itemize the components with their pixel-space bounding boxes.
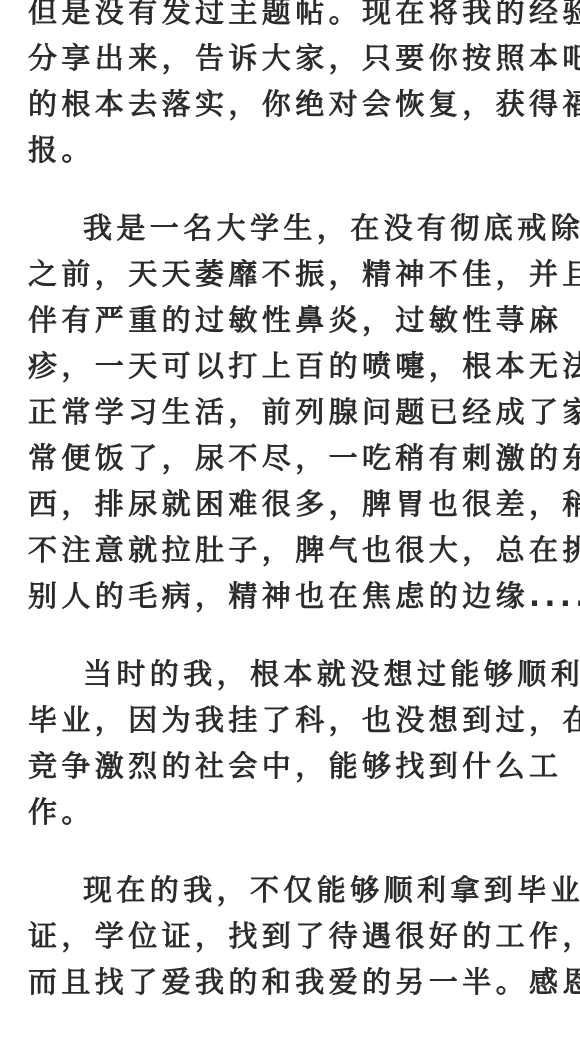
- text-line: 证，学位证，找到了待遇很好的工作，: [28, 913, 558, 959]
- text-line: 的根本去落实，你绝对会恢复，获得福: [28, 81, 558, 127]
- text-line: 伴有严重的过敏性鼻炎，过敏性荨麻: [28, 297, 558, 343]
- text-line: 之前，天天萎靡不振，精神不佳，并且: [28, 251, 558, 297]
- paragraph-3: 当时的我，根本就没想过能够顺利 毕业，因为我挂了科，也没想到过，在 竞争激烈的社…: [28, 651, 558, 835]
- text-line: 常便饭了，尿不尽，一吃稍有刺激的东: [28, 435, 558, 481]
- text-line: 我是一名大学生，在没有彻底戒除: [28, 205, 558, 251]
- paragraph-4: 现在的我，不仅能够顺利拿到毕业 证，学位证，找到了待遇很好的工作， 而且找了爱我…: [28, 867, 558, 1005]
- text-line: 作。: [28, 789, 558, 835]
- paragraph-2: 我是一名大学生，在没有彻底戒除 之前，天天萎靡不振，精神不佳，并且 伴有严重的过…: [28, 205, 558, 619]
- text-line: 现在的我，不仅能够顺利拿到毕业: [28, 867, 558, 913]
- text-line: 正常学习生活，前列腺问题已经成了家: [28, 389, 558, 435]
- text-line: 别人的毛病，精神也在焦虑的边缘......: [28, 573, 558, 619]
- text-line: 当时的我，根本就没想过能够顺利: [28, 651, 558, 697]
- text-line: 毕业，因为我挂了科，也没想到过，在: [28, 697, 558, 743]
- text-line: 不注意就拉肚子，脾气也很大，总在挑: [28, 527, 558, 573]
- text-line: 分享出来，告诉大家，只要你按照本吧: [28, 35, 558, 81]
- text-line: 但是没有发过主题帖。现在将我的经验: [28, 0, 558, 35]
- text-line: 疹，一天可以打上百的喷嚏，根本无法: [28, 343, 558, 389]
- paragraph-gap: [28, 173, 558, 205]
- paragraph-gap: [28, 619, 558, 651]
- text-line: 西，排尿就困难很多，脾胃也很差，稍: [28, 481, 558, 527]
- paragraph-gap: [28, 835, 558, 867]
- text-line: 报。: [28, 127, 558, 173]
- article-body: 但是没有发过主题帖。现在将我的经验 分享出来，告诉大家，只要你按照本吧 的根本去…: [28, 0, 558, 1005]
- text-line: 竞争激烈的社会中，能够找到什么工: [28, 743, 558, 789]
- text-line: 而且找了爱我的和我爱的另一半。感恩: [28, 959, 558, 1005]
- paragraph-1: 但是没有发过主题帖。现在将我的经验 分享出来，告诉大家，只要你按照本吧 的根本去…: [28, 0, 558, 173]
